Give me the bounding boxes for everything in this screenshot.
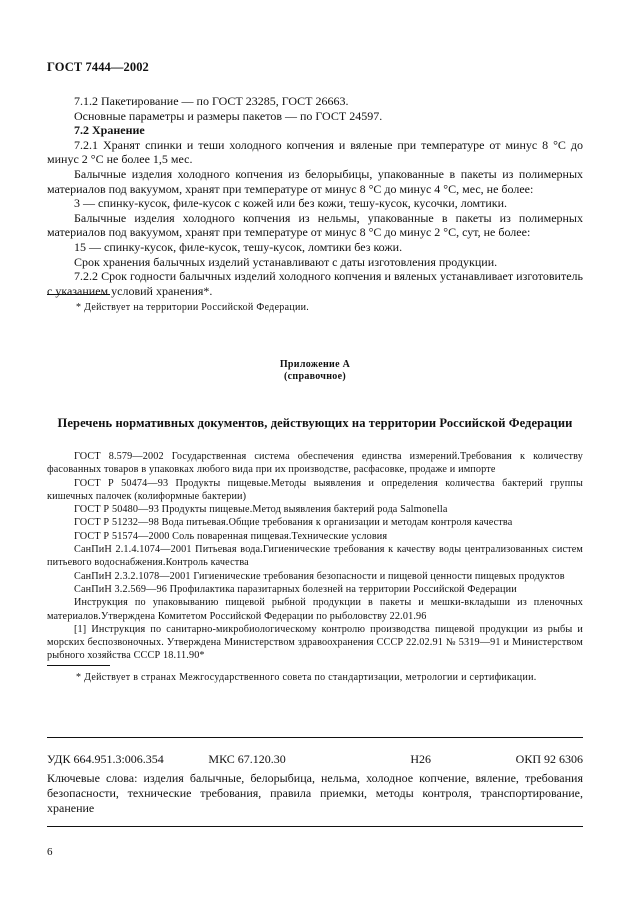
reference-item: ГОСТ Р 50474—93 Продукты пищевые.Методы …: [47, 477, 583, 504]
reference-item: Инструкция по упаковыванию пищевой рыбно…: [47, 596, 583, 623]
udk-code: УДК 664.951.3:006.354: [47, 752, 164, 767]
reference-item: [1] Инструкция по санитарно-микробиологи…: [47, 623, 583, 663]
classification-top-rule: [47, 737, 583, 738]
paragraph-beloryb-items: 3 — спинку-кусок, филе-кусок с кожей или…: [47, 196, 583, 211]
footnote-russia: * Действует на территории Российской Фед…: [76, 301, 309, 314]
reference-item: СанПиН 3.2.569—96 Профилактика паразитар…: [47, 583, 583, 596]
reference-item: ГОСТ Р 50480—93 Продукты пищевые.Метод в…: [47, 503, 583, 516]
document-code-header: ГОСТ 7444—2002: [47, 60, 149, 75]
paragraph-nelma: Балычные изделия холодного копчения из н…: [47, 211, 583, 240]
reference-list-title: Перечень нормативных документов, действу…: [47, 416, 583, 431]
footnote-interstate: * Действует в странах Межгосударственног…: [76, 671, 537, 684]
okp-code: ОКП 92 6306: [516, 752, 583, 767]
classification-row: УДК 664.951.3:006.354 МКС 67.120.30 Н26 …: [47, 752, 583, 767]
group-code: Н26: [410, 752, 431, 767]
appendix-subtitle: (справочное): [0, 370, 630, 383]
reference-item: ГОСТ Р 51574—2000 Соль поваренная пищева…: [47, 530, 583, 543]
page-number: 6: [47, 846, 53, 858]
paragraph-nelma-items: 15 — спинку-кусок, филе-кусок, тешу-кусо…: [47, 240, 583, 255]
classification-bottom-rule: [47, 826, 583, 827]
reference-item: СанПиН 2.3.2.1078—2001 Гигиенические тре…: [47, 570, 583, 583]
reference-item: ГОСТ Р 51232—98 Вода питьевая.Общие треб…: [47, 516, 583, 529]
heading-7-2-storage: 7.2 Хранение: [47, 123, 583, 138]
footnote-rule: [47, 665, 110, 666]
keywords: Ключевые слова: изделия балычные, белоры…: [47, 771, 583, 816]
section-7-text: 7.1.2 Пакетирование — по ГОСТ 23285, ГОС…: [47, 94, 583, 298]
paragraph-7-2-2: 7.2.2 Срок годности балычных изделий хол…: [47, 269, 583, 298]
reference-list: ГОСТ 8.579—2002 Государственная система …: [47, 450, 583, 663]
paragraph-package-params: Основные параметры и размеры пакетов — п…: [47, 109, 583, 124]
mks-code: МКС 67.120.30: [208, 752, 285, 767]
paragraph-7-2-1: 7.2.1 Хранят спинки и теши холодного коп…: [47, 138, 583, 167]
reference-item: ГОСТ 8.579—2002 Государственная система …: [47, 450, 583, 477]
paragraph-7-1-2: 7.1.2 Пакетирование — по ГОСТ 23285, ГОС…: [47, 94, 583, 109]
paragraph-beloryb: Балычные изделия холодного копчения из б…: [47, 167, 583, 196]
footnote-rule: [47, 294, 110, 295]
paragraph-storage-start: Срок хранения балычных изделий устанавли…: [47, 255, 583, 270]
reference-item: СанПиН 2.1.4.1074—2001 Питьевая вода.Гиг…: [47, 543, 583, 570]
